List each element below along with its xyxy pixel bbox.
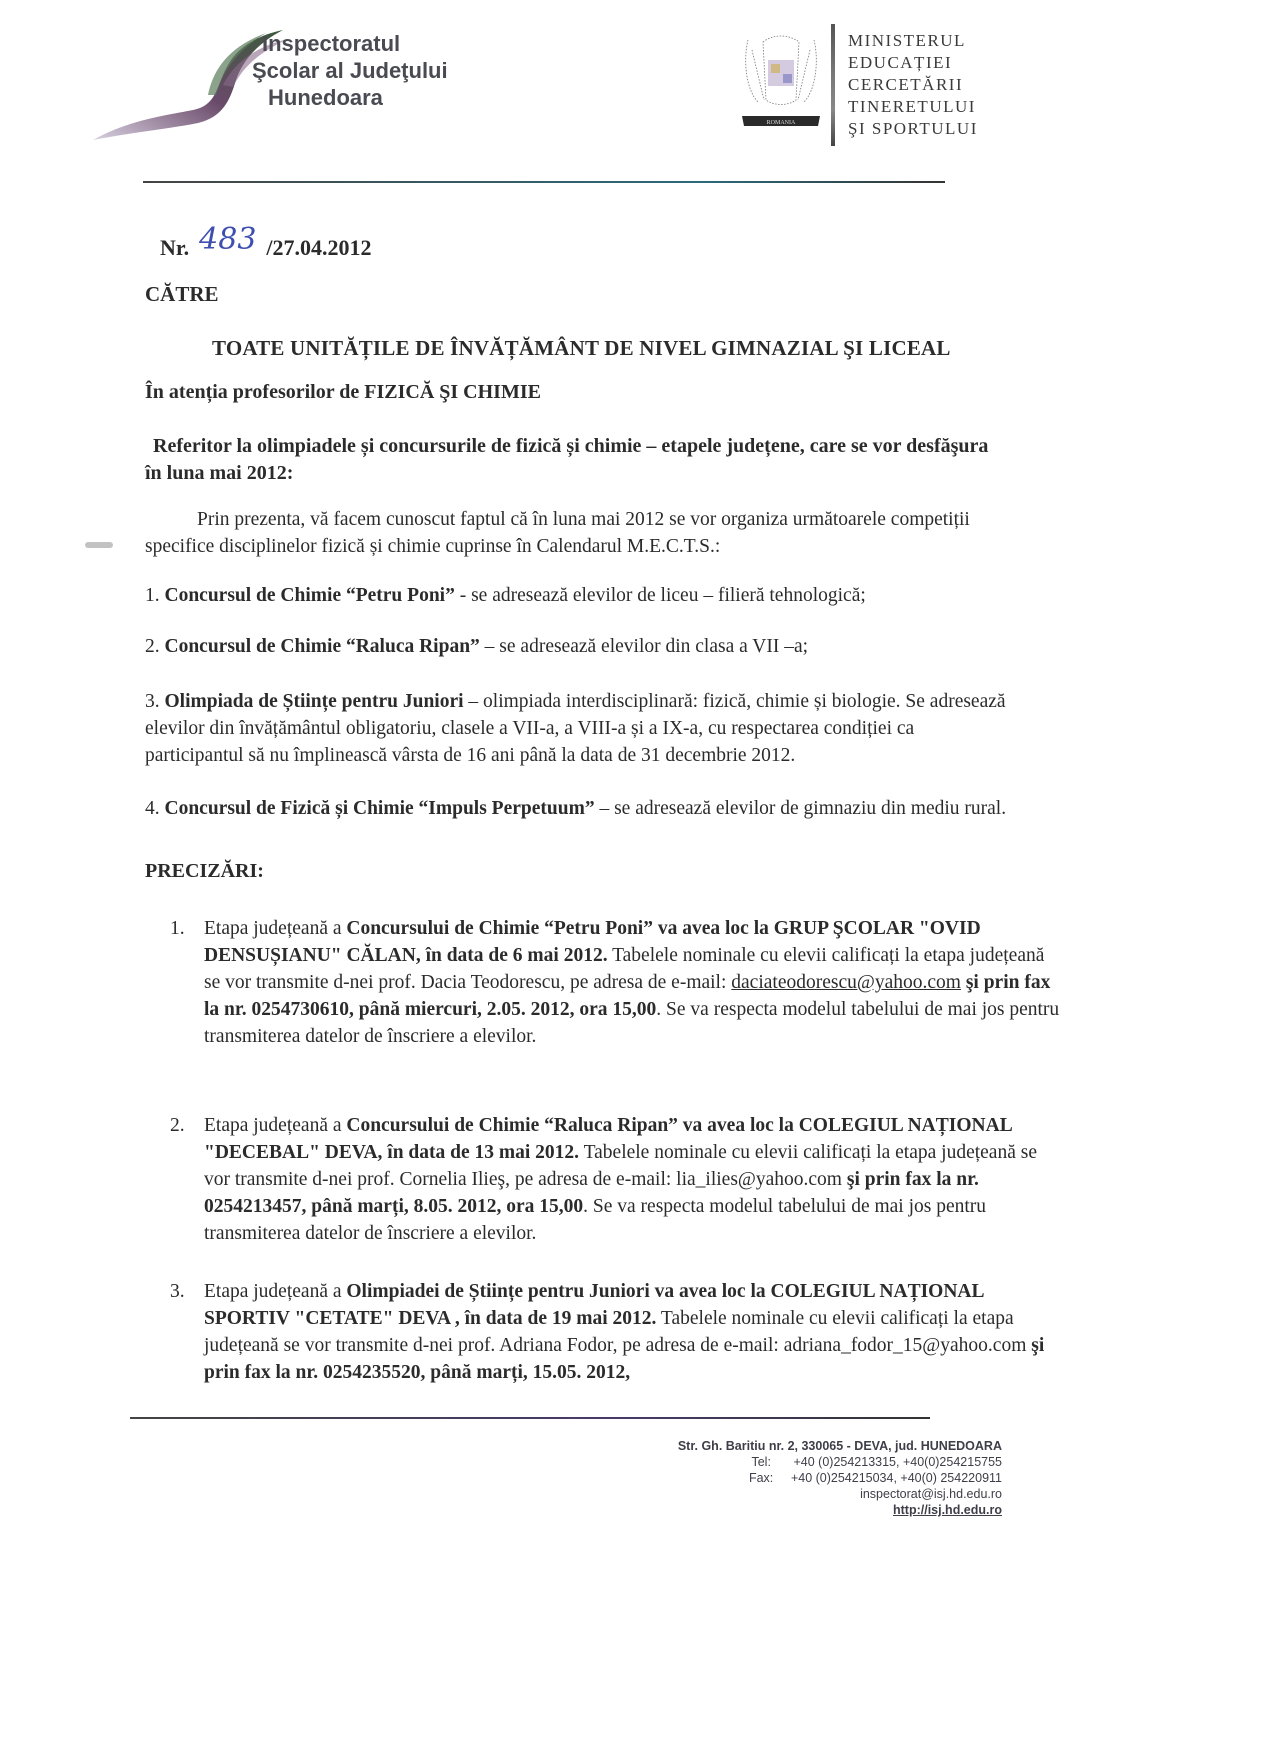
precizare-intro: Etapa județeană a: [204, 918, 346, 939]
ministry-line: MINISTERUL: [848, 30, 978, 52]
precizare-item: 1.Etapa județeană a Concursului de Chimi…: [170, 915, 1060, 1050]
svg-text:ROMANIA: ROMANIA: [767, 120, 796, 126]
isj-name: Inspectoratul Şcolar al Judeţului Hunedo…: [262, 30, 448, 111]
competition-name: Olimpiada de Științe pentru Juniori: [165, 691, 464, 712]
competition-name: Concursul de Chimie “Petru Poni”: [165, 585, 455, 606]
ministry-line: EDUCAȚIEI: [848, 52, 978, 74]
footer-fax: Fax:+40 (0)254215034, +40(0) 254220911: [678, 1470, 1002, 1486]
tel-label: Tel:: [751, 1454, 793, 1470]
item-number: 3.: [170, 1278, 204, 1305]
precizare-item: 2.Etapa județeană a Concursului de Chimi…: [170, 1112, 1060, 1247]
competition-name: Concursul de Fizică și Chimie “Impuls Pe…: [165, 798, 595, 819]
recipients: TOATE UNITĂȚILE DE ÎNVĂȚĂMÂNT DE NIVEL G…: [212, 336, 951, 361]
nr-handwritten: 483: [199, 222, 256, 257]
item-number: 2.: [145, 636, 160, 657]
document-number: Nr.483/27.04.2012: [160, 228, 372, 263]
ministry-divider: [831, 24, 835, 146]
footer-tel: Tel:+40 (0)254213315, +40(0)254215755: [678, 1454, 1002, 1470]
nr-date: /27.04.2012: [266, 235, 371, 260]
footer-email[interactable]: inspectorat@isj.hd.edu.ro: [678, 1486, 1002, 1502]
footer-address: Str. Gh. Baritiu nr. 2, 330065 - DEVA, j…: [678, 1438, 1002, 1454]
email-link[interactable]: lia_ilies@yahoo.com: [676, 1169, 842, 1190]
nr-label: Nr.: [160, 235, 189, 260]
email-link[interactable]: adriana_fodor_15@yahoo.com: [784, 1335, 1027, 1356]
ministry-line: CERCETĂRII: [848, 74, 978, 96]
header-divider: [143, 181, 945, 183]
isj-name-line3: Hunedoara: [262, 84, 448, 111]
item-number: 1.: [145, 585, 160, 606]
competition-item: 2. Concursul de Chimie “Raluca Ripan” – …: [145, 633, 1015, 660]
precizare-item: 3.Etapa județeană a Olimpiadei de Științ…: [170, 1278, 1060, 1386]
email-link[interactable]: daciateodorescu@yahoo.com: [731, 972, 961, 993]
tel-value: +40 (0)254213315, +40(0)254215755: [793, 1455, 1002, 1469]
isj-name-line2: Şcolar al Judeţului: [252, 57, 448, 84]
scan-smudge: [85, 542, 113, 548]
item-number: 2.: [170, 1112, 204, 1139]
footer-website-link[interactable]: http://isj.hd.edu.ro: [678, 1502, 1002, 1518]
addressee-label: CĂTRE: [145, 282, 219, 307]
competition-item: 3. Olimpiada de Științe pentru Juniori –…: [145, 688, 1015, 769]
competition-name: Concursul de Chimie “Raluca Ripan”: [165, 636, 480, 657]
attention-line: În atenția profesorilor de FIZICĂ ŞI CHI…: [145, 381, 541, 404]
footer-contact: Str. Gh. Baritiu nr. 2, 330065 - DEVA, j…: [678, 1438, 1002, 1518]
item-number: 1.: [170, 915, 204, 942]
footer-divider: [130, 1417, 930, 1419]
romania-coat-of-arms-icon: ROMANIA: [738, 30, 824, 130]
isj-name-line1: Inspectoratul: [262, 30, 448, 57]
competition-desc: - se adresează elevilor de liceu – filie…: [455, 585, 866, 606]
precizari-heading: PRECIZĂRI:: [145, 860, 264, 883]
competition-desc: – se adresează elevilor de gimnaziu din …: [595, 798, 1007, 819]
precizare-intro: Etapa județeană a: [204, 1281, 346, 1302]
item-number: 4.: [145, 798, 160, 819]
competition-item: 4. Concursul de Fizică și Chimie “Impuls…: [145, 795, 1015, 822]
fax-value: +40 (0)254215034, +40(0) 254220911: [791, 1471, 1002, 1485]
ministry-name: MINISTERUL EDUCAȚIEI CERCETĂRII TINERETU…: [848, 30, 978, 140]
intro-paragraph: Prin prezenta, vă facem cunoscut faptul …: [145, 506, 1015, 560]
ministry-line: TINERETULUI: [848, 96, 978, 118]
competition-desc: – se adresează elevilor din clasa a VII …: [480, 636, 808, 657]
fax-label: Fax:: [749, 1470, 791, 1486]
subject-line: Referitor la olimpiadele și concursurile…: [145, 433, 1005, 487]
competition-item: 1. Concursul de Chimie “Petru Poni” - se…: [145, 582, 1015, 609]
item-number: 3.: [145, 691, 160, 712]
ministry-line: ŞI SPORTULUI: [848, 118, 978, 140]
precizare-intro: Etapa județeană a: [204, 1115, 346, 1136]
